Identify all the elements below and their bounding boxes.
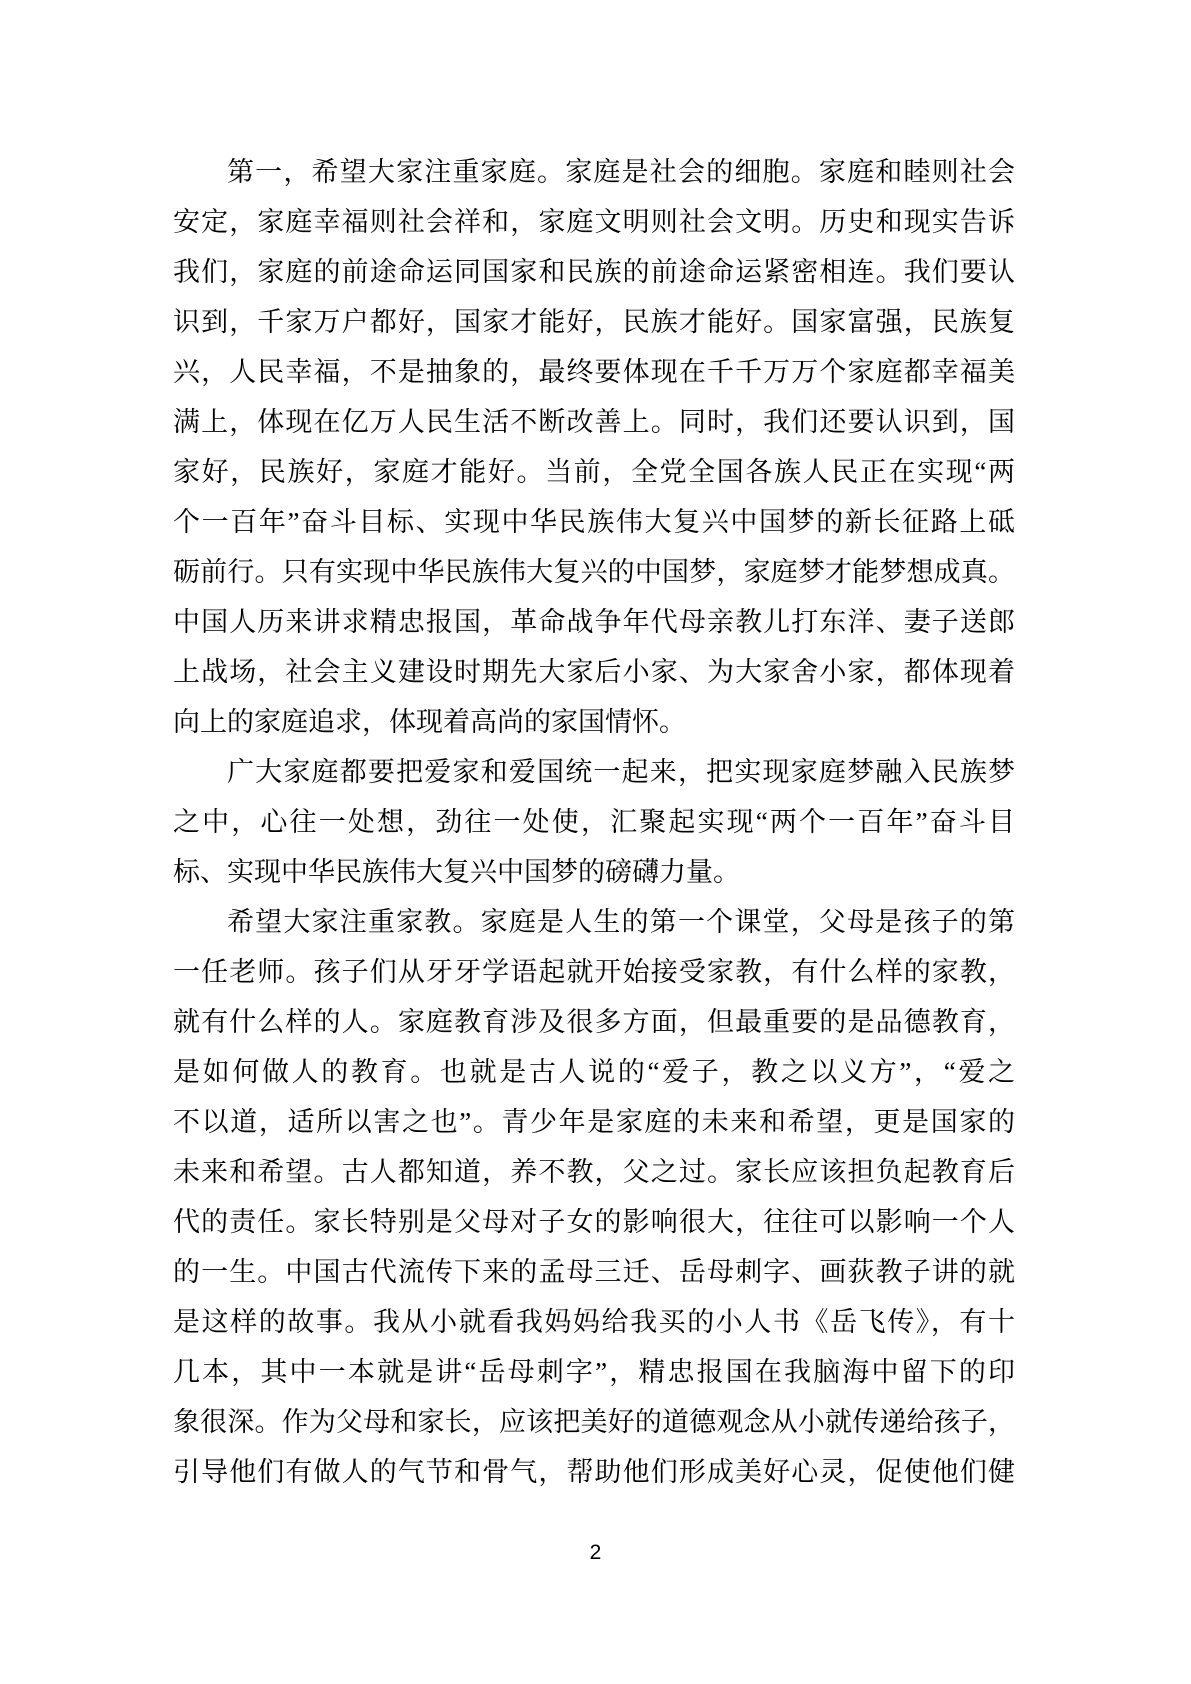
text-line: 未来和希望。古人都知道，养不教，父之过。家长应该担负起教育后 [173, 1147, 1015, 1197]
text-line: 引导他们有做人的气节和骨气，帮助他们形成美好心灵，促使他们健 [173, 1447, 1015, 1497]
document-page: 第一，希望大家注重家庭。家庭是社会的细胞。家庭和睦则社会安定，家庭幸福则社会祥和… [0, 0, 1191, 1684]
page-number: 2 [590, 1541, 602, 1564]
text-line: 希望大家注重家教。家庭是人生的第一个课堂，父母是孩子的第 [173, 897, 1015, 947]
text-line: 安定，家庭幸福则社会祥和，家庭文明则社会文明。历史和现实告诉 [173, 197, 1015, 247]
paragraph: 第一，希望大家注重家庭。家庭是社会的细胞。家庭和睦则社会安定，家庭幸福则社会祥和… [173, 147, 1015, 747]
text-line: 之中，心往一处想，劲往一处使，汇聚起实现“两个一百年”奋斗目 [173, 797, 1015, 847]
document-body: 第一，希望大家注重家庭。家庭是社会的细胞。家庭和睦则社会安定，家庭幸福则社会祥和… [173, 147, 1015, 1497]
text-line: 中国人历来讲求精忠报国，革命战争年代母亲教儿打东洋、妻子送郎 [173, 597, 1015, 647]
text-line: 第一，希望大家注重家庭。家庭是社会的细胞。家庭和睦则社会 [173, 147, 1015, 197]
text-line: 不以道，适所以害之也”。青少年是家庭的未来和希望，更是国家的 [173, 1097, 1015, 1147]
text-line: 几本，其中一本就是讲“岳母刺字”，精忠报国在我脑海中留下的印 [173, 1347, 1015, 1397]
text-line: 代的责任。家长特别是父母对子女的影响很大，往往可以影响一个人 [173, 1197, 1015, 1247]
text-line: 家好，民族好，家庭才能好。当前，全党全国各族人民正在实现“两 [173, 447, 1015, 497]
text-line: 满上，体现在亿万人民生活不断改善上。同时，我们还要认识到，国 [173, 397, 1015, 447]
text-line: 广大家庭都要把爱家和爱国统一起来，把实现家庭梦融入民族梦 [173, 747, 1015, 797]
text-line: 兴，人民幸福，不是抽象的，最终要体现在千千万万个家庭都幸福美 [173, 347, 1015, 397]
text-line: 的一生。中国古代流传下来的孟母三迁、岳母刺字、画荻教子讲的就 [173, 1247, 1015, 1297]
text-line: 上战场，社会主义建设时期先大家后小家、为大家舍小家，都体现着 [173, 647, 1015, 697]
text-line: 象很深。作为父母和家长，应该把美好的道德观念从小就传递给孩子， [173, 1397, 1015, 1447]
paragraph: 希望大家注重家教。家庭是人生的第一个课堂，父母是孩子的第一任老师。孩子们从牙牙学… [173, 897, 1015, 1497]
page-footer: 2 [0, 1537, 1191, 1569]
text-line: 就有什么样的人。家庭教育涉及很多方面，但最重要的是品德教育， [173, 997, 1015, 1047]
text-line: 我们，家庭的前途命运同国家和民族的前途命运紧密相连。我们要认 [173, 247, 1015, 297]
text-line: 标、实现中华民族伟大复兴中国梦的磅礴力量。 [173, 847, 1015, 897]
text-line: 个一百年”奋斗目标、实现中华民族伟大复兴中国梦的新长征路上砥 [173, 497, 1015, 547]
text-line: 一任老师。孩子们从牙牙学语起就开始接受家教，有什么样的家教， [173, 947, 1015, 997]
text-line: 识到，千家万户都好，国家才能好，民族才能好。国家富强，民族复 [173, 297, 1015, 347]
text-line: 砺前行。只有实现中华民族伟大复兴的中国梦，家庭梦才能梦想成真。 [173, 547, 1015, 597]
text-line: 是这样的故事。我从小就看我妈妈给我买的小人书《岳飞传》，有十 [173, 1297, 1015, 1347]
text-line: 向上的家庭追求，体现着高尚的家国情怀。 [173, 697, 1015, 747]
text-line: 是如何做人的教育。也就是古人说的“爱子，教之以义方”，“爱之 [173, 1047, 1015, 1097]
paragraph: 广大家庭都要把爱家和爱国统一起来，把实现家庭梦融入民族梦之中，心往一处想，劲往一… [173, 747, 1015, 897]
